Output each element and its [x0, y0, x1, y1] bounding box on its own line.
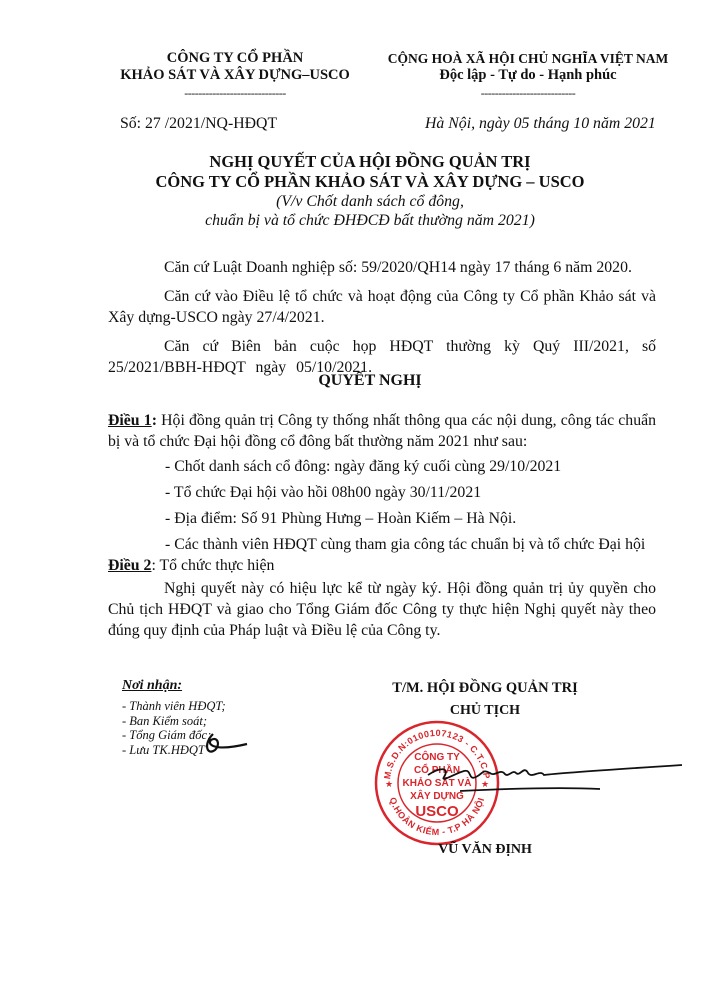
legal-bases: Căn cứ Luật Doanh nghiệp số: 59/2020/QH1…	[108, 257, 656, 378]
company-header: CÔNG TY CỔ PHẦN KHẢO SÁT VÀ XÂY DỰNG–USC…	[95, 50, 375, 98]
header-rule-left: -----------------------------	[95, 88, 375, 98]
article-2-paragraph: Nghị quyết này có hiệu lực kể từ ngày ký…	[108, 578, 656, 641]
document-number: Số: 27 /2021/NQ-HĐQT	[120, 113, 277, 134]
resolution-heading: QUYẾT NGHỊ	[60, 372, 680, 390]
signature-role: CHỦ TỊCH	[360, 703, 610, 719]
header-rule-right: ---------------------------	[378, 88, 678, 98]
article-1-item: - Các thành viên HĐQT cùng tham gia công…	[165, 534, 665, 555]
recipient-item: - Thành viên HĐQT;	[122, 699, 226, 714]
article-2-title: : Tổ chức thực hiện	[151, 557, 274, 574]
article-1: Điều 1: Hội đồng quản trị Công ty thống …	[108, 410, 656, 452]
place-date: Hà Nội, ngày 05 tháng 10 năm 2021	[425, 113, 656, 134]
resolution-title: NGHỊ QUYẾT CỦA HỘI ĐỒNG QUẢN TRỊ CÔNG TY…	[60, 152, 680, 230]
signature-on-behalf: T/M. HỘI ĐỒNG QUẢN TRỊ	[360, 680, 610, 697]
title-line1: NGHỊ QUYẾT CỦA HỘI ĐỒNG QUẢN TRỊ	[60, 152, 680, 172]
nation-header: CỘNG HOÀ XÃ HỘI CHỦ NGHĨA VIỆT NAM Độc l…	[378, 50, 678, 98]
article-1-label: Điều 1	[108, 412, 152, 429]
recipients-heading: Nơi nhận:	[122, 678, 226, 694]
title-line2: CÔNG TY CỔ PHẦN KHẢO SÁT VÀ XÂY DỰNG – U…	[60, 172, 680, 192]
company-name-line1: CÔNG TY CỔ PHẦN	[95, 50, 375, 67]
basis-item: Căn cứ vào Điều lệ tổ chức và hoạt động …	[108, 286, 656, 328]
article-2-label: Điều 2	[108, 557, 151, 574]
svg-text:★: ★	[385, 780, 393, 790]
initials-signature-icon	[195, 730, 255, 760]
article-1-item: - Tổ chức Đại hội vào hồi 08h00 ngày 30/…	[165, 482, 665, 503]
recipient-item: - Ban Kiểm soát;	[122, 714, 226, 729]
title-subject2: chuẩn bị và tổ chức ĐHĐCĐ bất thường năm…	[60, 211, 680, 230]
article-1-items: - Chốt danh sách cổ đông: ngày đăng ký c…	[165, 456, 665, 555]
basis-item: Căn cứ Luật Doanh nghiệp số: 59/2020/QH1…	[108, 257, 656, 278]
article-1-item: - Địa điểm: Số 91 Phùng Hưng – Hoàn Kiếm…	[165, 508, 665, 529]
chairman-name: VŨ VĂN ĐỊNH	[360, 842, 610, 858]
svg-text:USCO: USCO	[415, 803, 459, 820]
nation-motto: Độc lập - Tự do - Hạnh phúc	[378, 67, 678, 84]
article-2-heading: Điều 2: Tổ chức thực hiện	[108, 555, 274, 576]
nation-name: CỘNG HOÀ XÃ HỘI CHỦ NGHĨA VIỆT NAM	[378, 50, 678, 67]
article-1-text: Hội đồng quản trị Công ty thống nhất thô…	[108, 412, 656, 450]
chairman-signature-icon	[420, 755, 685, 800]
title-subject1: (V/v Chốt danh sách cổ đông,	[60, 192, 680, 211]
article-1-item: - Chốt danh sách cổ đông: ngày đăng ký c…	[165, 456, 665, 477]
company-name-line2: KHẢO SÁT VÀ XÂY DỰNG–USCO	[95, 67, 375, 84]
